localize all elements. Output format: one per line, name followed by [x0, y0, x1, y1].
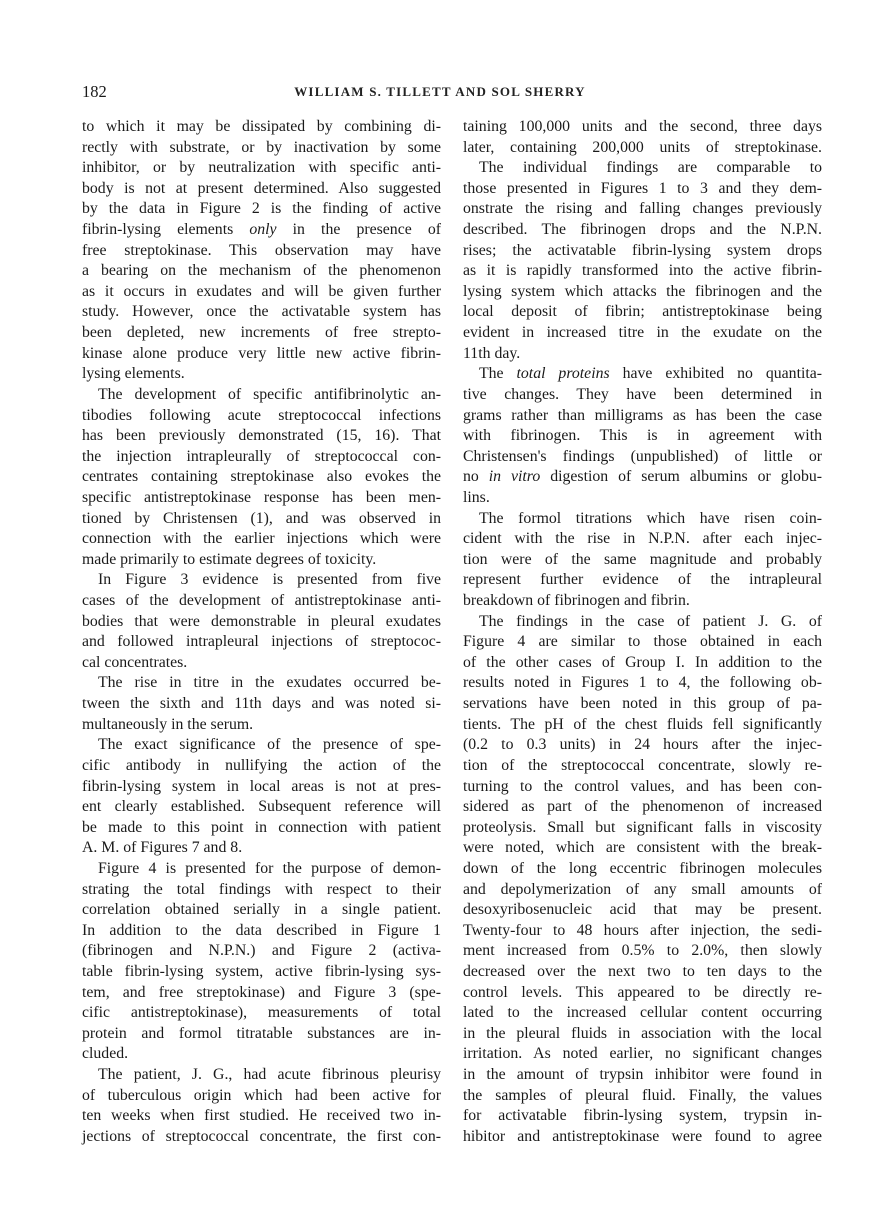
text-line: rises; the activatable fibrin-lysing sys… [463, 241, 822, 262]
text-line: with fibrinogen. This is in agreement wi… [463, 426, 822, 447]
italic-emphasis: total proteins [517, 365, 610, 382]
text-line: the samples of pleural fluid. Finally, t… [463, 1086, 822, 1107]
text-line: made primarily to estimate degrees of to… [82, 550, 441, 571]
text-line: proteolysis. Small but significant falls… [463, 818, 822, 839]
text-line: cific antistreptokinase), measurements o… [82, 1003, 441, 1024]
text-line: lysing elements. [82, 364, 441, 385]
running-head-authors: WILLIAM S. TILLETT AND SOL SHERRY [0, 84, 880, 100]
text-line: desoxyribosenucleic acid that may be pre… [463, 900, 822, 921]
text-line: The formol titrations which have risen c… [463, 509, 822, 530]
text-line: and depolymerization of any small amount… [463, 880, 822, 901]
text-line: lysing system which attacks the fibrinog… [463, 282, 822, 303]
text-line: ent clearly established. Subsequent refe… [82, 797, 441, 818]
text-line: has been previously demonstrated (15, 16… [82, 426, 441, 447]
text-line: The rise in titre in the exudates occurr… [82, 673, 441, 694]
text-line: sidered as part of the phenomenon of inc… [463, 797, 822, 818]
text-line: tion of the streptococcal concentrate, s… [463, 756, 822, 777]
text-line: fibrin-lysing elements only in the prese… [82, 220, 441, 241]
text-line: tween the sixth and 11th days and was no… [82, 694, 441, 715]
text-line: bodies that were demonstrable in pleural… [82, 612, 441, 633]
text-line: jections of streptococcal concentrate, t… [82, 1127, 441, 1148]
text-line: inhibitor, or by neutralization with spe… [82, 158, 441, 179]
text-line: study. However, once the activatable sys… [82, 302, 441, 323]
italic-emphasis: in vitro [489, 468, 541, 485]
text-line: multaneously in the serum. [82, 715, 441, 736]
text-line: Christensen's findings (unpublished) of … [463, 447, 822, 468]
text-line: The total proteins have exhibited no qua… [463, 364, 822, 385]
text-line: protein and formol titratable substances… [82, 1024, 441, 1045]
left-text-column: to which it may be dissipated by combini… [82, 117, 441, 1147]
text-line: tioned by Christensen (1), and was obser… [82, 509, 441, 530]
text-line: hibitor and antistreptokinase were found… [463, 1127, 822, 1148]
italic-emphasis: only [249, 221, 276, 238]
text-line: The development of specific antifibrinol… [82, 385, 441, 406]
text-line: results noted in Figures 1 to 4, the fol… [463, 673, 822, 694]
text-line: The patient, J. G., had acute fibrinous … [82, 1065, 441, 1086]
text-line: The individual findings are comparable t… [463, 158, 822, 179]
text-line: breakdown of fibrinogen and fibrin. [463, 591, 822, 612]
text-line: rectly with substrate, or by inactivatio… [82, 138, 441, 159]
text-line: Figure 4 is presented for the purpose of… [82, 859, 441, 880]
text-line: the injection intrapleurally of streptoc… [82, 447, 441, 468]
text-line: body is not at present determined. Also … [82, 179, 441, 200]
text-line: The findings in the case of patient J. G… [463, 612, 822, 633]
text-line: decreased over the next two to ten days … [463, 962, 822, 983]
text-line: for activatable fibrin-lysing system, tr… [463, 1106, 822, 1127]
text-line: A. M. of Figures 7 and 8. [82, 838, 441, 859]
text-line: a bearing on the mechanism of the phenom… [82, 261, 441, 282]
text-line: evident in increased titre in the exudat… [463, 323, 822, 344]
text-line: In Figure 3 evidence is presented from f… [82, 570, 441, 591]
text-line: tion were of the same magnitude and prob… [463, 550, 822, 571]
text-line: grams rather than milligrams as has been… [463, 406, 822, 427]
text-line: Figure 4 are similar to those obtained i… [463, 632, 822, 653]
text-line: later, containing 200,000 units of strep… [463, 138, 822, 159]
text-line: turning to the control values, and has b… [463, 777, 822, 798]
text-line: In addition to the data described in Fig… [82, 921, 441, 942]
text-line: Twenty-four to 48 hours after injection,… [463, 921, 822, 942]
text-segment: no [463, 468, 489, 485]
text-line: free streptokinase. This observation may… [82, 241, 441, 262]
text-line: as it is rapidly transformed into the ac… [463, 261, 822, 282]
text-line: and followed intrapleural injections of … [82, 632, 441, 653]
text-segment: digestion of serum albumins or globu- [540, 468, 822, 485]
text-line: tients. The pH of the chest fluids fell … [463, 715, 822, 736]
text-line: onstrate the rising and falling changes … [463, 199, 822, 220]
text-line: by the data in Figure 2 is the finding o… [82, 199, 441, 220]
text-line: in the amount of trypsin inhibitor were … [463, 1065, 822, 1086]
text-line: taining 100,000 units and the second, th… [463, 117, 822, 138]
text-line: ten weeks when first studied. He receive… [82, 1106, 441, 1127]
text-line: servations have been noted in this group… [463, 694, 822, 715]
text-line: local deposit of fibrin; antistreptokina… [463, 302, 822, 323]
text-line: irritation. As noted earlier, no signifi… [463, 1044, 822, 1065]
right-text-column: taining 100,000 units and the second, th… [463, 117, 822, 1147]
text-line: of tuberculous origin which had been act… [82, 1086, 441, 1107]
text-line: lated to the increased cellular content … [463, 1003, 822, 1024]
text-line: strating the total findings with respect… [82, 880, 441, 901]
text-line: cal concentrates. [82, 653, 441, 674]
text-line: those presented in Figures 1 to 3 and th… [463, 179, 822, 200]
text-segment: in the presence of [277, 221, 441, 238]
text-line: lins. [463, 488, 822, 509]
text-line: to which it may be dissipated by combini… [82, 117, 441, 138]
text-line: control levels. This appeared to be dire… [463, 983, 822, 1004]
text-line: specific antistreptokinase response has … [82, 488, 441, 509]
text-line: no in vitro digestion of serum albumins … [463, 467, 822, 488]
text-line: as it occurs in exudates and will be giv… [82, 282, 441, 303]
text-line: 11th day. [463, 344, 822, 365]
text-line: in the pleural fluids in association wit… [463, 1024, 822, 1045]
text-line: tem, and free streptokinase) and Figure … [82, 983, 441, 1004]
text-line: down of the long eccentric fibrinogen mo… [463, 859, 822, 880]
text-line: cluded. [82, 1044, 441, 1065]
text-line: been depleted, new increments of free st… [82, 323, 441, 344]
text-line: (0.2 to 0.3 units) in 24 hours after the… [463, 735, 822, 756]
text-line: kinase alone produce very little new act… [82, 344, 441, 365]
text-line: tibodies following acute streptococcal i… [82, 406, 441, 427]
text-segment: The [479, 365, 517, 382]
text-line: cident with the rise in N.P.N. after eac… [463, 529, 822, 550]
text-line: ment increased from 0.5% to 2.0%, then s… [463, 941, 822, 962]
text-line: connection with the earlier injections w… [82, 529, 441, 550]
text-line: centrates containing streptokinase also … [82, 467, 441, 488]
text-line: The exact significance of the presence o… [82, 735, 441, 756]
text-line: described. The fibrinogen drops and the … [463, 220, 822, 241]
text-line: fibrin-lysing system in local areas is n… [82, 777, 441, 798]
text-line: cific antibody in nullifying the action … [82, 756, 441, 777]
text-line: were noted, which are consistent with th… [463, 838, 822, 859]
text-line: be made to this point in connection with… [82, 818, 441, 839]
text-line: cases of the development of antistreptok… [82, 591, 441, 612]
text-segment: fibrin-lysing elements [82, 221, 249, 238]
text-line: of the other cases of Group I. In additi… [463, 653, 822, 674]
text-line: table fibrin-lysing system, active fibri… [82, 962, 441, 983]
text-segment: have exhibited no quantita- [610, 365, 822, 382]
text-line: tive changes. They have been determined … [463, 385, 822, 406]
text-line: represent further evidence of the intrap… [463, 570, 822, 591]
text-line: (fibrinogen and N.P.N.) and Figure 2 (ac… [82, 941, 441, 962]
text-line: correlation obtained serially in a singl… [82, 900, 441, 921]
